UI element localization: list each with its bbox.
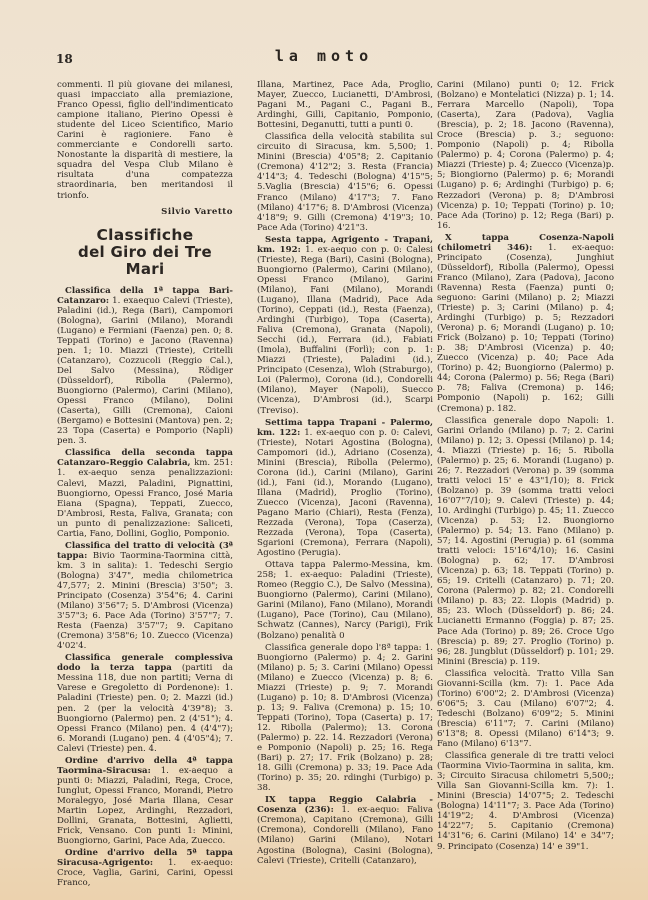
paragraph-body: (partiti da Messina 118, due non partiti… [57,663,233,753]
section-title-line1: Classifiche [57,227,233,244]
three-speed-sections-classification: Classifica generale di tre tratti veloci… [437,751,614,851]
stage7-classification: Settima tappa Trapani - Palermo, km. 122… [257,418,433,559]
stage9-continued: Carini (Milano) punti 0; 12. Frick (Bolz… [437,80,614,231]
intro-paragraph: commenti. Il più giovane dei milanesi, q… [57,80,233,201]
general-classification-stage3: Classifica generale complessiva dodo la … [57,653,233,753]
column-1: commenti. Il più giovane dei milanesi, q… [57,80,233,890]
stage5-arrival-order: Ordine d'arrivo della 5ª tappa Siracusa-… [57,848,233,888]
stage2-classification: Classifica della seconda tappa Catanzaro… [57,448,233,538]
stage1-classification: Classifica della 1ª tappa Bari-Catanzaro… [57,286,233,447]
paragraph-body: 1. ex-aequo: Faliva (Cremona), Capitano … [257,805,433,865]
masthead-title: la moto [0,47,648,65]
stage4-arrival-order: Ordine d'arrivo della 4ª tappa Taormina-… [57,756,233,846]
paragraph-body: 1. ex-aequo con p. 0: Calevi, (Trieste),… [257,428,433,559]
section-title-line2: del Giro dei Tre Mari [57,244,233,278]
paragraph-body: 1. exaequo Calevi (Trieste), Paladini (i… [57,296,233,447]
siracusa-speed-classification: Classifica della velocità stabilita sul … [257,132,433,232]
stage5-continued: Illana, Martinez, Pace Ada, Proglio, May… [257,80,433,130]
column-3: Carini (Milano) punti 0; 12. Frick (Bolz… [437,80,614,854]
general-classification-stage8: Classifica generale dopo l'8ª tappa: 1. … [257,643,433,794]
paragraph-body: km. 251: 1. ex-aequo senza penalizzazion… [57,458,233,538]
stage10-classification: X tappa Cosenza-Napoli (chilometri 346):… [437,233,614,414]
stage8-classification: Ottava tappa Palermo-Messina, km. 258; 1… [257,560,433,640]
paragraph-body: 1. ex-aequo con p. 0: Calesi (Trieste), … [257,245,433,416]
section-title: Classifiche del Giro dei Tre Mari [57,227,233,278]
general-classification-napoli: Classifica generale dopo Napoli: 1. Gari… [437,416,614,667]
speed-section-classification: Classifica del tratto di velocità (3ª ta… [57,541,233,652]
paragraph-body: 1. ex-aequo a punti 0: Miazzi, Paladini,… [57,766,233,846]
stage6-classification: Sesta tappa, Agrigento - Trapani, km. 19… [257,235,433,416]
scilla-speed-classification: Classifica velocità. Tratto Villa San Gi… [437,669,614,749]
author-signature: Silvio Varetto [57,207,233,217]
stage9-classification: IX tappa Reggio Calabria - Cosenza (236)… [257,795,433,865]
paragraph-body: 1. ex-aequo: Principato (Cosenza), Jungh… [437,243,614,414]
paragraph-body: Bivio Taormina-Taormina città, km. 3 in … [57,551,233,651]
column-2: Illana, Martinez, Pace Ada, Proglio, May… [257,80,433,868]
